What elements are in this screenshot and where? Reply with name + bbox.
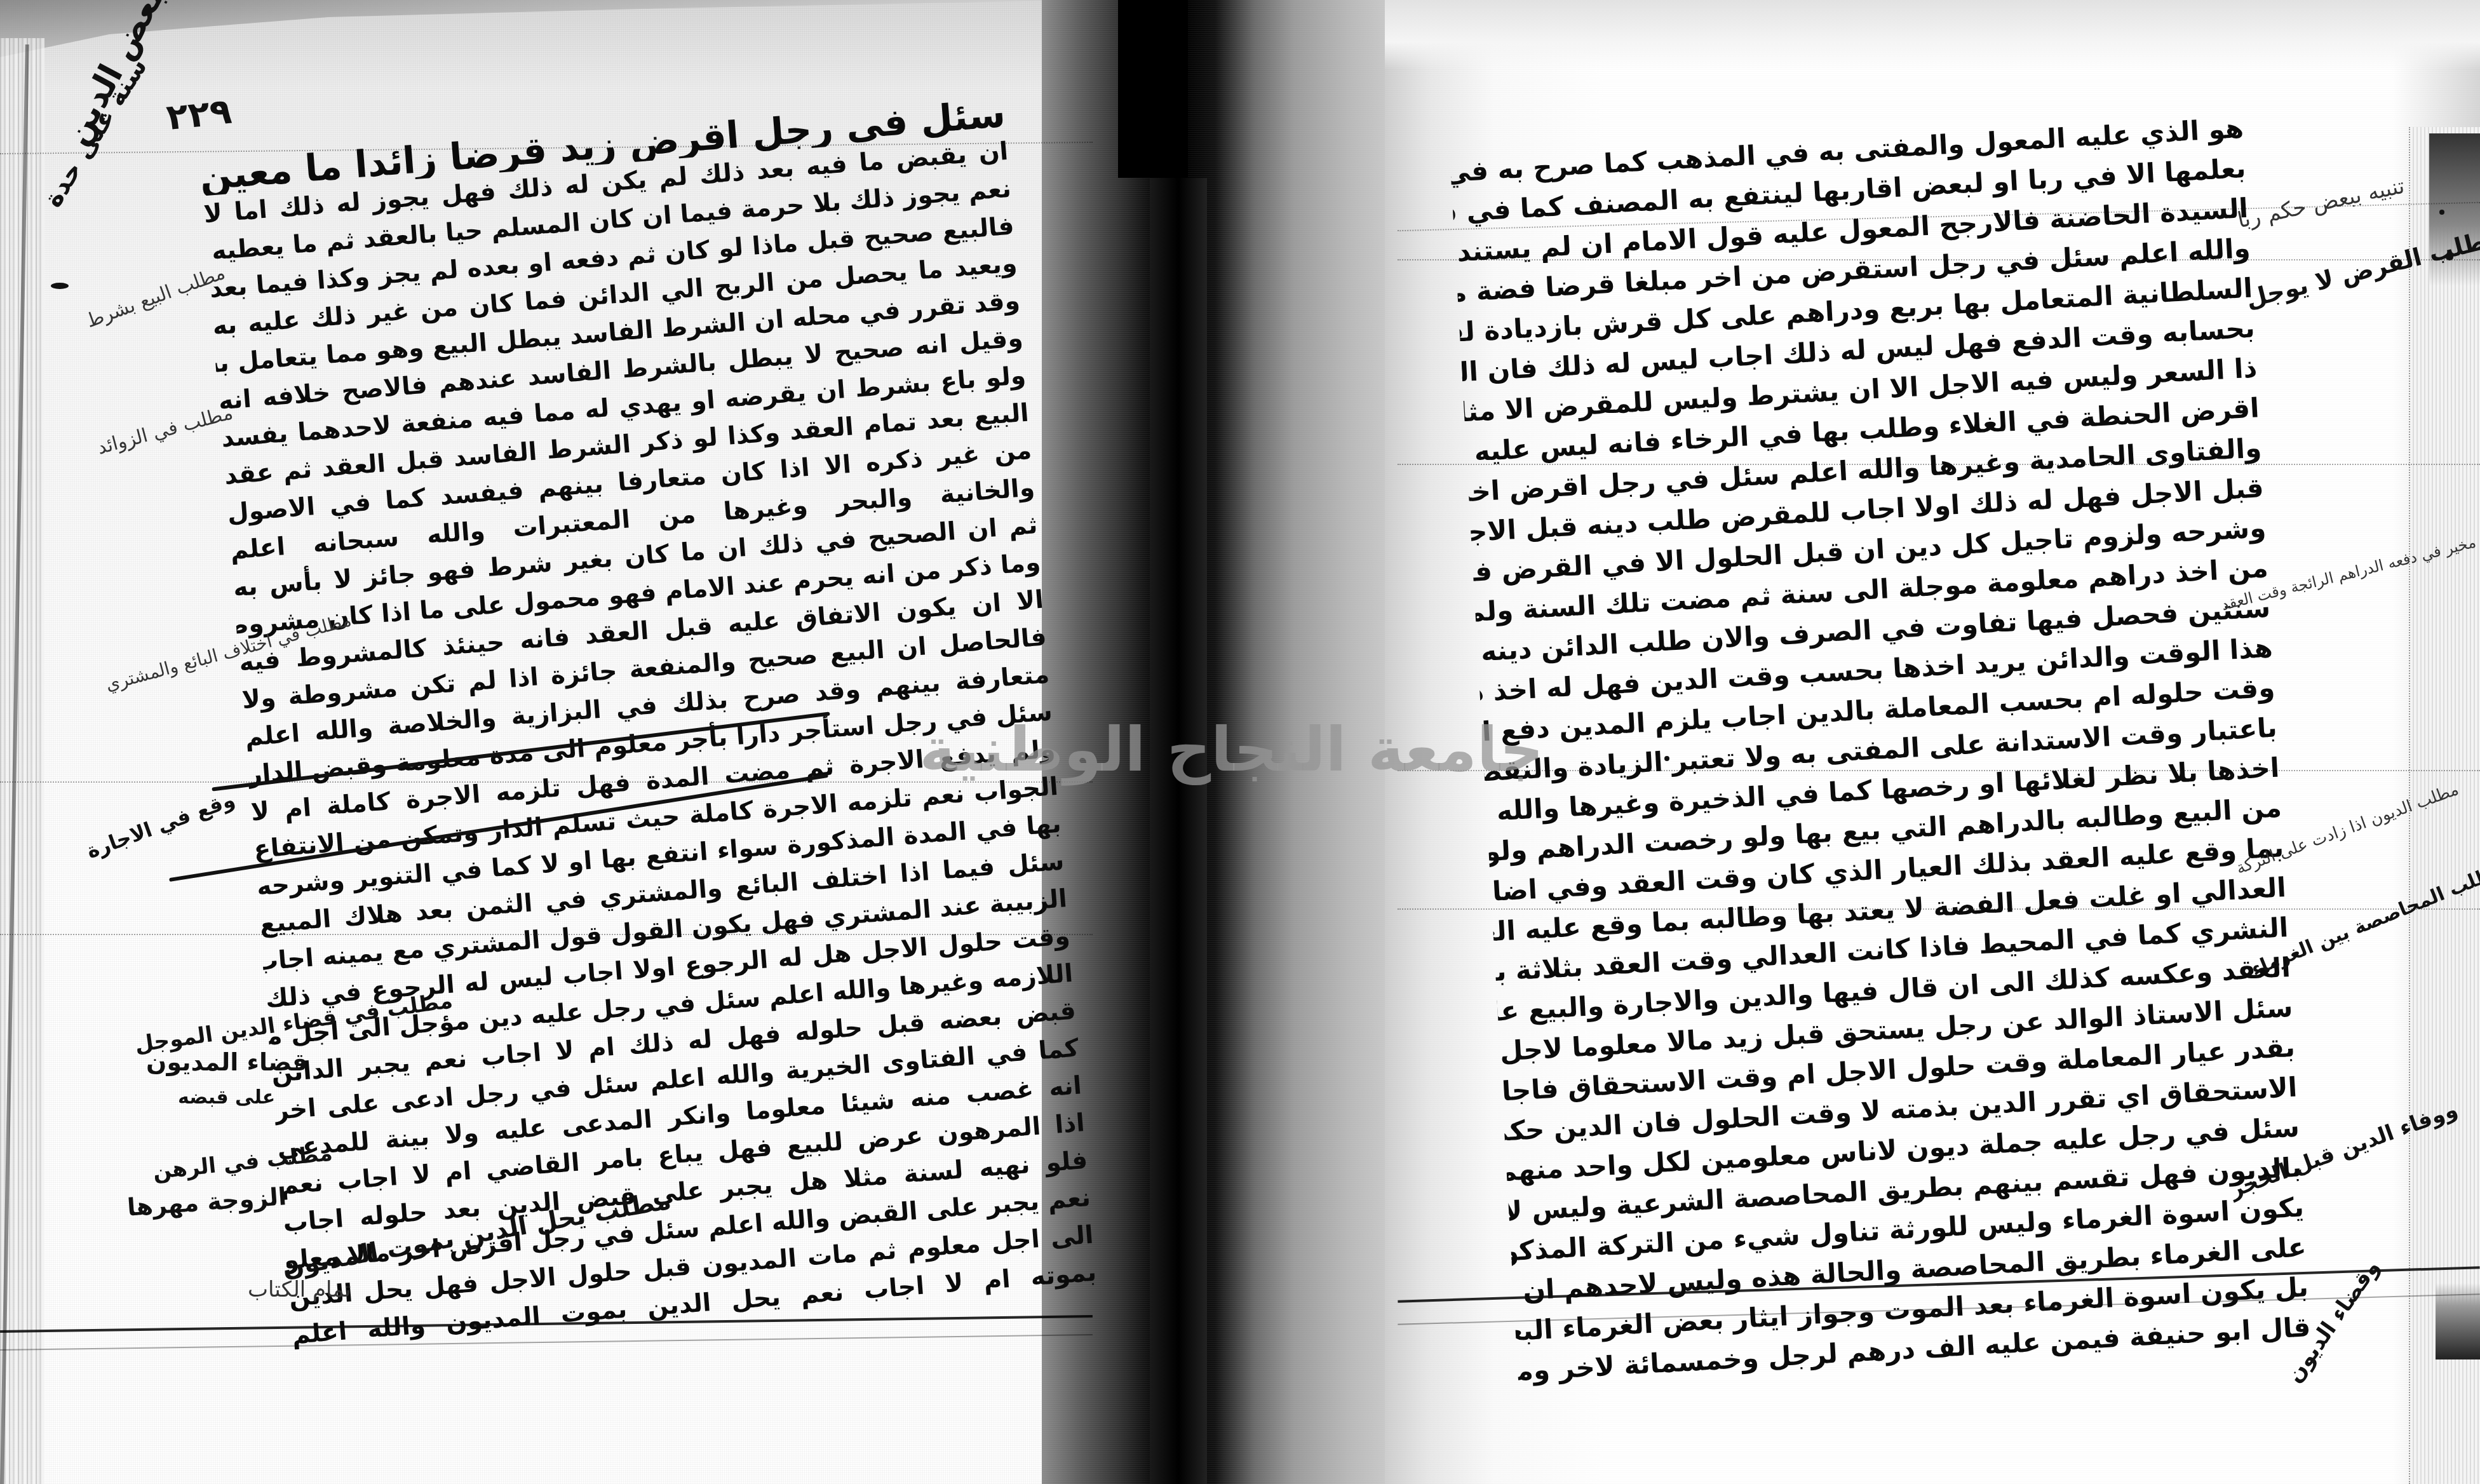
- page-top-shadow: [1385, 0, 2480, 70]
- ink-speck: [2446, 254, 2453, 260]
- library-watermark: جامعة النجاح الوطنية: [1124, 712, 1544, 788]
- manuscript-scan: ٢٢٩ سئل في رجل اقرض زيد قرضا زائدا ما مع…: [0, 0, 2480, 1484]
- ink-speck: [2439, 210, 2444, 215]
- bottom-signature: تمام الكتاب: [248, 1277, 351, 1302]
- right-page-text: هو الذي عليه المعول والمفتى به في المذهب…: [1450, 108, 2312, 1391]
- binding-fold: [1150, 178, 1207, 1484]
- ink-speck: [51, 283, 69, 289]
- spine-shadow: [1118, 0, 1188, 178]
- margin-note: على قبضه: [178, 1086, 275, 1109]
- ink-speck: [1664, 756, 1669, 761]
- margin-note: قضاء المديون: [146, 1048, 308, 1076]
- page-number: ٢٢٩: [165, 91, 234, 138]
